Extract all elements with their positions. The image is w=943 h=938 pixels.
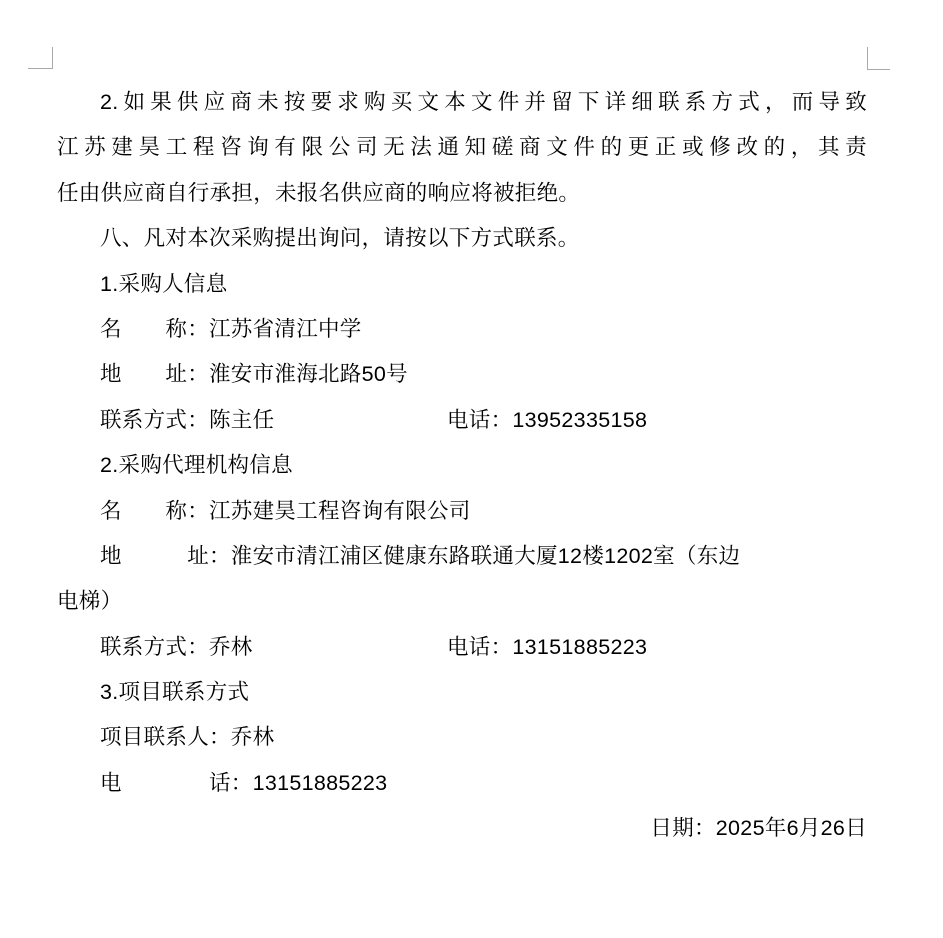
text-line: 1.采购人信息	[57, 262, 867, 307]
text-line: 任由供应商自行承担，未报名供应商的响应将被拒绝。	[57, 171, 867, 216]
text-line: 联系方式：陈主任电话：13952335158	[57, 398, 867, 443]
text-line: 日期：2025年6月26日	[57, 806, 867, 851]
text-line: 2.采购代理机构信息	[57, 443, 867, 488]
text-line: 电梯）	[57, 579, 867, 624]
text-boundary-mark-top-left	[28, 47, 53, 69]
text-line: 联系方式：乔林电话：13151885223	[57, 625, 867, 670]
phone-field: 电话：13151885223	[447, 625, 647, 670]
text-line: 地 址：淮安市清江浦区健康东路联通大厦12楼1202室（东边	[57, 534, 867, 579]
text-line: 电 话：13151885223	[57, 761, 867, 806]
text-line: 2.如果供应商未按要求购买文本文件并留下详细联系方式，而导致	[57, 80, 867, 125]
text-line: 八、凡对本次采购提出询问，请按以下方式联系。	[57, 216, 867, 261]
document-body: 2.如果供应商未按要求购买文本文件并留下详细联系方式，而导致江苏建昊工程咨询有限…	[57, 80, 867, 852]
text-line: 名 称：江苏省清江中学	[57, 307, 867, 352]
text-line: 名 称：江苏建昊工程咨询有限公司	[57, 489, 867, 534]
document-page: 2.如果供应商未按要求购买文本文件并留下详细联系方式，而导致江苏建昊工程咨询有限…	[0, 0, 943, 938]
phone-field: 电话：13952335158	[447, 398, 647, 443]
text-line: 江苏建昊工程咨询有限公司无法通知磋商文件的更正或修改的，其责	[57, 125, 867, 170]
text-line: 3.项目联系方式	[57, 670, 867, 715]
text-line: 地 址：淮安市淮海北路50号	[57, 352, 867, 397]
text-line: 项目联系人：乔林	[57, 715, 867, 760]
text-boundary-mark-top-right	[867, 47, 890, 70]
